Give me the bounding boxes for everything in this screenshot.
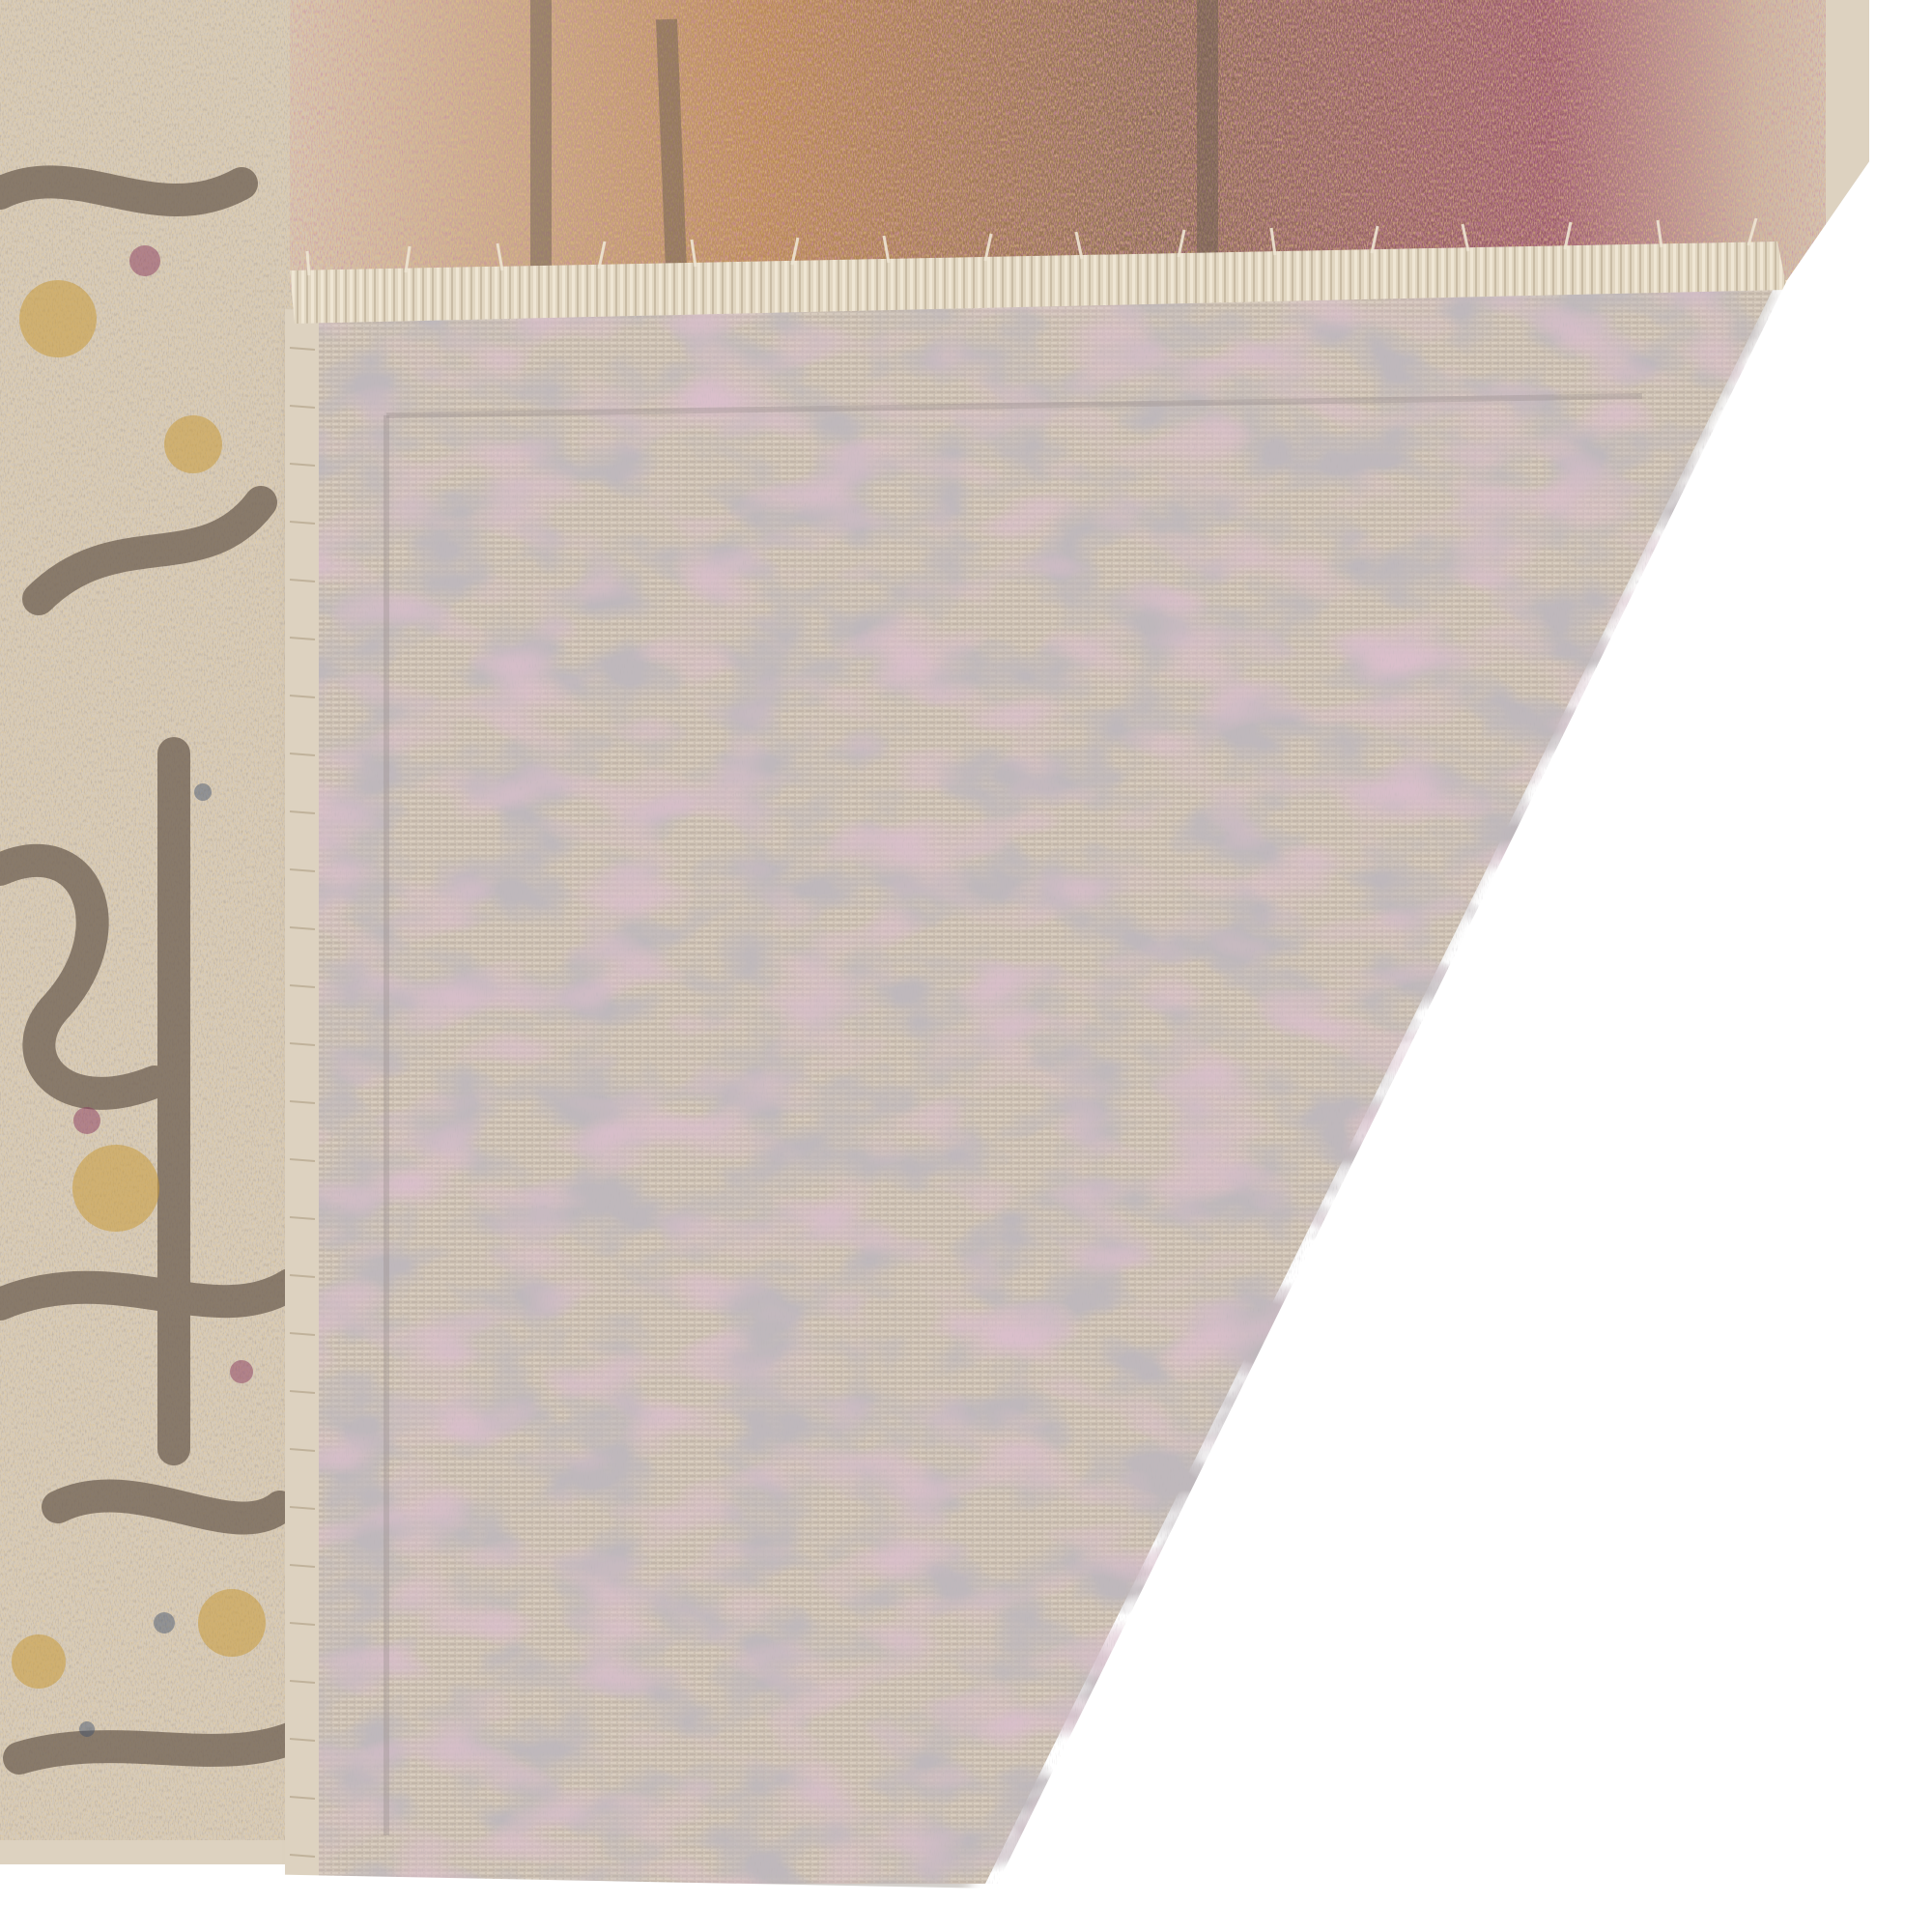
rug-photo-scene <box>0 0 1932 1932</box>
white-background <box>0 0 1932 1932</box>
